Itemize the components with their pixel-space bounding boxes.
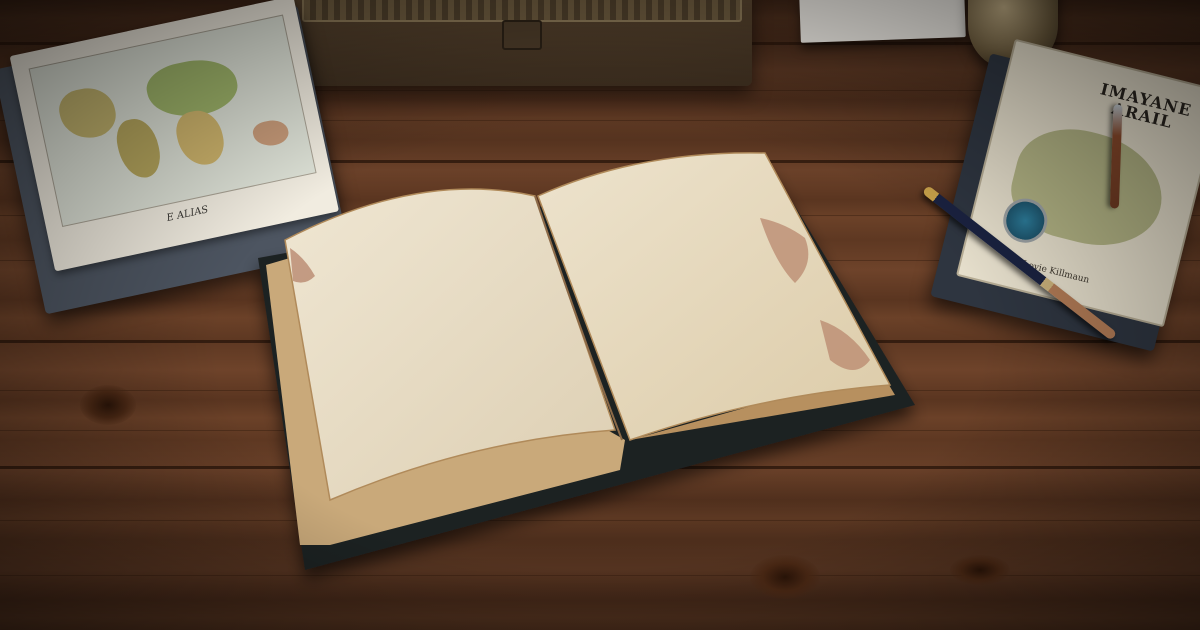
open-book: [0, 0, 1200, 630]
photo-scene: E ALIAS IMAYANE ARAIL Lovie Killmaun: [0, 0, 1200, 630]
